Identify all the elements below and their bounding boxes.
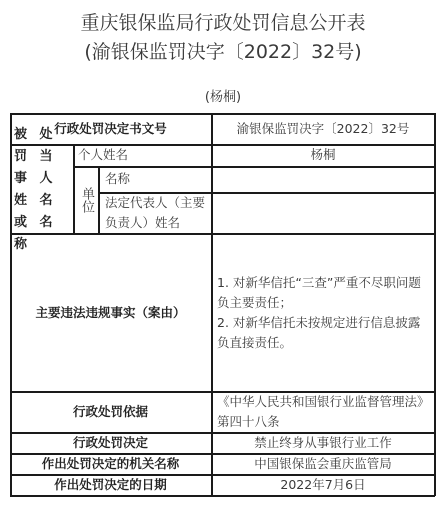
individual-label: 个人姓名 [78, 144, 211, 166]
date-value: 2022年7月6日 [212, 475, 434, 495]
unit-label: 单位 [74, 166, 98, 233]
decision-number-title: (渝银保监罚决字〔2022〕32号) [0, 37, 446, 64]
legal-rep-label: 法定代表人（主要负责人）姓名 [105, 193, 210, 233]
facts-item-2: 2. 对新华信托未按规定进行信息披露负直接责任。 [217, 313, 431, 353]
page-title: 重庆银保监局行政处罚信息公开表 [0, 8, 446, 35]
table-border-bottom [10, 495, 435, 497]
decision-value: 禁止终身从事银行业工作 [212, 433, 434, 453]
decision-label: 行政处罚决定 [10, 433, 211, 453]
authority-label: 作出处罚决定的机关名称 [10, 454, 211, 474]
doc-number-value: 渝银保监罚决字〔2022〕32号 [212, 113, 434, 144]
party-label: 被 处 罚 当 事 人 姓 名 或 名称 [14, 146, 72, 234]
penalty-info-table: 行政处罚决定书文号 渝银保监罚决字〔2022〕32号 被 处 罚 当 事 人 姓… [10, 113, 435, 496]
column-divider [98, 166, 100, 234]
unit-name-label: 名称 [105, 166, 211, 192]
basis-label: 行政处罚依据 [10, 392, 211, 432]
basis-value: 《中华人民共和国银行业监督管理法》第四十八条 [217, 392, 433, 432]
facts-value: 1. 对新华信托“三查”严重不尽职问题负主要责任； 2. 对新华信托未按规定进行… [217, 234, 431, 391]
legal-rep-value [212, 193, 434, 233]
subject-name-caption: (杨桐) [0, 86, 446, 105]
date-label: 作出处罚决定的日期 [10, 475, 211, 495]
table-border-right [434, 113, 436, 496]
authority-value: 中国银保监会重庆监管局 [212, 454, 434, 474]
facts-label: 主要违法违规事实（案由） [10, 234, 211, 391]
individual-value: 杨桐 [212, 144, 434, 166]
facts-item-1: 1. 对新华信托“三查”严重不尽职问题负主要责任； [217, 273, 431, 313]
unit-name-value [212, 166, 434, 192]
